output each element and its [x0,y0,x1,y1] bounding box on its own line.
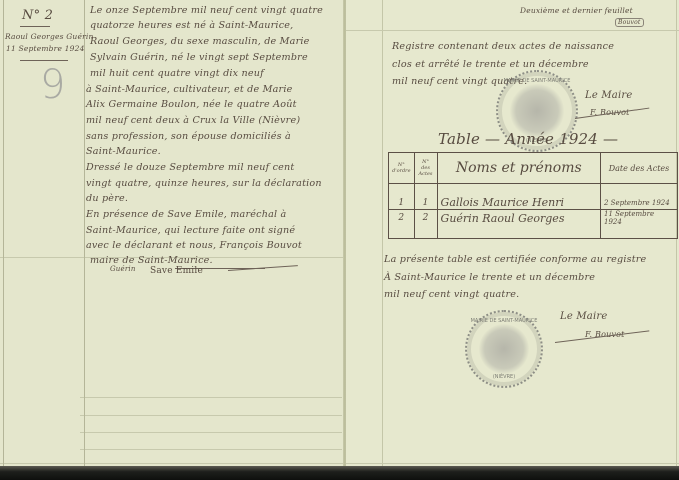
ruled-line [0,463,344,464]
page-edge-line [3,0,4,466]
table-row: 1 1 Gallois Maurice Henri 2 Septembre 19… [389,184,678,210]
ruled-line [80,397,342,398]
margin-date: 11 Septembre 1924 [6,44,85,53]
certification-line: La présente table est certifiée conforme… [384,254,646,265]
ruled-line [80,432,342,433]
body-line: Alix Germaine Boulon, née le quatre Août [86,99,297,110]
body-line: vingt quatre, quinze heures, sur la décl… [86,178,322,189]
pencil-mark: 9 [40,62,65,108]
body-line: mil neuf cent deux à Crux la Ville (Nièv… [86,115,300,126]
body-line: Saint-Maurice. [86,146,161,157]
certification-line: mil neuf cent vingt quatre. [384,289,519,300]
body-line: maire de Saint-Maurice. [90,255,213,266]
header-act-number: N° des Actes [414,153,437,184]
row-order: 2 [389,210,415,239]
ruled-line [346,30,679,31]
margin-line [84,0,85,466]
closing-line: clos et arrêté le trente et un décembre [392,59,589,70]
margin-name: Raoul Georges Guérin [5,32,94,41]
seal-top-text: MAIRIE DE SAINT-MAURICE [498,78,576,84]
body-line: quatorze heures est né à Saint-Maurice, [90,20,293,31]
body-line: Dressé le douze Septembre mil neuf cent [86,162,294,173]
body-line: sans profession, son épouse domiciliés à [86,131,291,142]
row-date: 2 Septembre 1924 [601,184,678,210]
certification-line: À Saint-Maurice le trente et un décembre [384,272,595,283]
row-name: Gallois Maurice Henri [437,184,600,210]
header-date: Date des Actes [601,153,678,184]
body-line: Saint-Maurice, qui lecture faite ont sig… [86,225,295,236]
row-order: 1 [389,184,415,210]
ruled-line [80,415,342,416]
body-line: En présence de Save Emile, maréchal à [86,209,286,220]
header-stamp: Bouvot [615,18,644,27]
body-line: avec le déclarant et nous, François Bouv… [86,240,302,251]
margin-line [382,0,383,466]
seal-top-text: MAIRIE DE SAINT-MAURICE [467,318,541,324]
table-title: Table — Année 1924 — [438,130,618,148]
table-row: 2 2 Guérin Raoul Georges 11 Septembre 19… [389,210,678,239]
mairie-seal: MAIRIE DE SAINT-MAURICE (NIÈVRE) [465,310,543,388]
row-act: 2 [414,210,437,239]
body-line: à Saint-Maurice, cultivateur, et de Mari… [86,84,292,95]
underline [20,26,50,27]
seal-emblem [479,324,529,374]
ruled-line [80,449,342,450]
scanner-edge [0,466,679,480]
body-line: du père. [86,193,128,204]
closing-signature-title: Le Maire [585,90,632,101]
ruled-line [346,463,679,464]
body-line: Raoul Georges, du sexe masculin, de Mari… [90,36,310,47]
underline [20,60,68,61]
body-line: Le onze Septembre mil neuf cent vingt qu… [90,5,323,16]
row-name: Guérin Raoul Georges [437,210,600,239]
body-line: Sylvain Guérin, né le vingt sept Septemb… [90,52,308,63]
row-date: 11 Septembre 1924 [601,210,678,239]
header-note: Deuxième et dernier feuillet [520,6,633,15]
signature-guerin: Guérin [110,265,136,273]
certification-signature-title: Le Maire [560,311,607,322]
closing-line: Registre contenant deux actes de naissan… [392,41,614,52]
header-names: Noms et prénoms [437,153,600,184]
birth-index-table: N° d'ordre N° des Actes Noms et prénoms … [388,152,678,239]
margin-act-number: N° 2 [22,8,53,23]
header-order-number: N° d'ordre [389,153,415,184]
left-page: N° 2 Raoul Georges Guérin 11 Septembre 1… [0,0,344,466]
table-header-row: N° d'ordre N° des Actes Noms et prénoms … [389,153,678,184]
seal-bottom-text: (NIÈVRE) [467,374,541,380]
body-line: mil huit cent quatre vingt dix neuf [90,68,264,79]
signature-save-emile: Save Emile [150,266,203,276]
row-act: 1 [414,184,437,210]
